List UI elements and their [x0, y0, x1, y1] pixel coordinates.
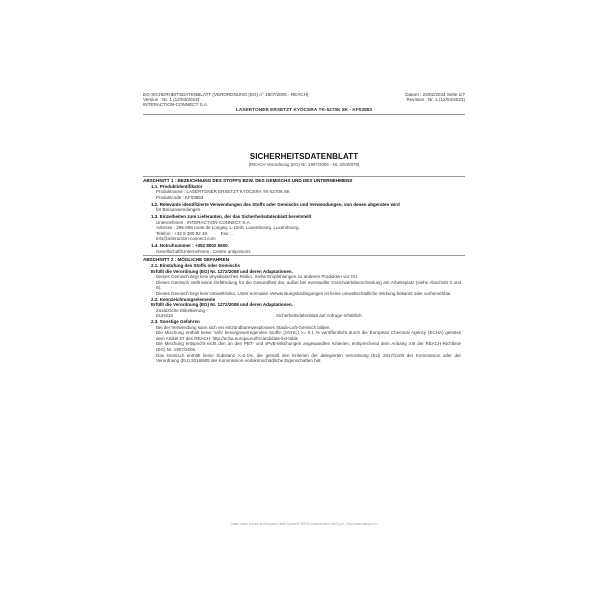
classification-text-2: Dieses Gemisch stellt keine Gefährdung f…: [143, 280, 465, 291]
header-product: LASERTONER ERSETZT KYOCERA TK-5270K 8K -…: [143, 108, 465, 113]
header-divider: [143, 114, 465, 115]
document-title: SICHERHEITSDATENBLATT: [143, 152, 465, 161]
classification-text-3: Dieses Gemisch birgt kein Umweltrisiko. …: [143, 291, 465, 297]
header-right: Datum : 23/02/2024 Seite 1/7 Revision : …: [405, 92, 465, 102]
euh-text: Sicherheitsdatenblatt auf Anfrage erhält…: [276, 313, 363, 319]
section-2-heading: ABSCHNITT 2 : MÖGLICHE GEFAHREN: [143, 255, 465, 263]
header-revision: Revision : Nr. 1 (12/04/2023): [405, 97, 465, 102]
other-hazards-text-3: Die Mischung entspricht nicht den an den…: [143, 341, 465, 352]
page-footer: - Made under licence of European Label S…: [143, 522, 465, 526]
title-block: SICHERHEITSDATENBLATT (REACH Verordnung …: [143, 152, 465, 167]
other-hazards-text-4: Das Gemisch enthält keine Substanz >=0.1…: [143, 353, 465, 364]
document-subtitle: (REACH Verordnung (EG) Nr. 1907/2006 - N…: [143, 162, 465, 167]
section-1-heading: ABSCHNITT 1 : BEZEICHNUNG DES STOFFS BZW…: [143, 176, 465, 184]
header-company: INTERACTION-CONNECT S.A.: [143, 102, 308, 107]
header-left: EG-SICHERHEITSDATENBLATT (VERORDNUNG (EG…: [143, 92, 308, 108]
other-hazards-text-2: Die Mischung enthält keine 'sehr besorgn…: [143, 330, 465, 341]
document-content: ABSCHNITT 1 : BEZEICHNUNG DES STOFFS BZW…: [143, 176, 465, 364]
